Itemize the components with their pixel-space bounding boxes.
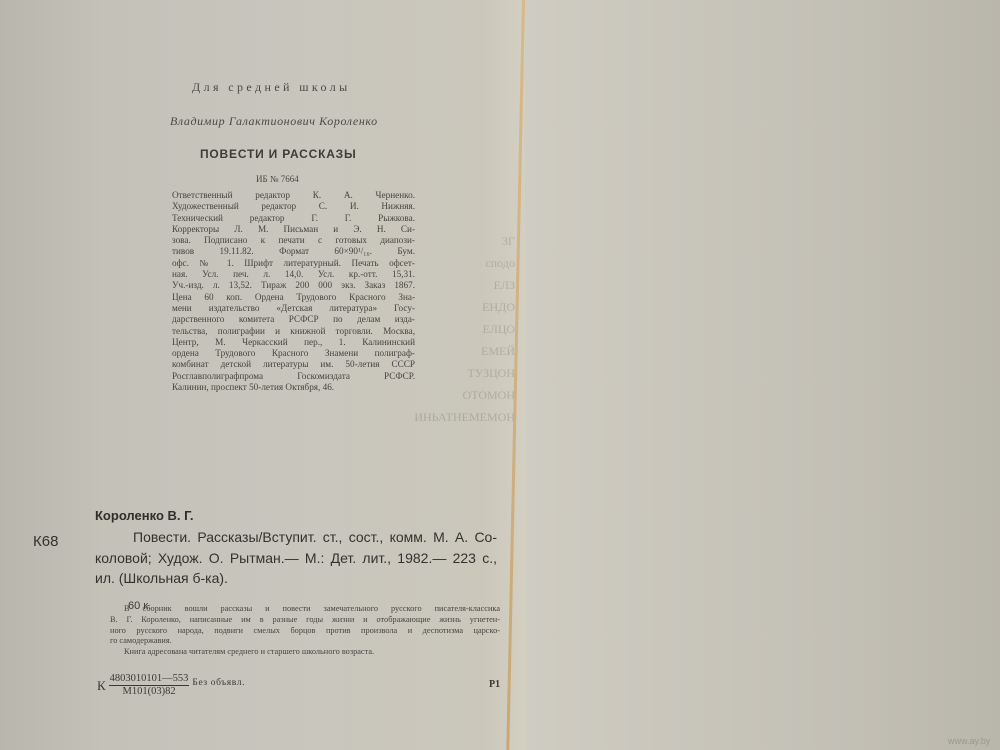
- imprint-line: Технический редактор Г. Г. Рыжкова.: [172, 213, 415, 224]
- left-page: Для средней школы Владимир Галактионович…: [0, 0, 525, 750]
- imprint-line: ордена Трудового Красного Знамени полигр…: [172, 348, 415, 359]
- imprint-line: Росглавполиграфпрома Госкомиздата РСФСР.: [172, 371, 415, 382]
- imprint-line: Цена 60 коп. Ордена Трудового Красного З…: [172, 292, 415, 303]
- catalog-description: Повести. Рассказы/Вступит. ст., сост., к…: [95, 527, 497, 589]
- show-through-line: ОТОМОН: [395, 384, 515, 406]
- imprint-line: зова. Подписано к печати с готовых диапо…: [172, 235, 415, 246]
- annotation-line: ного русского народа, подвиги смелых бор…: [110, 626, 500, 637]
- bbk-code: К 4803010101—553 М101(03)82 Без объявл.: [97, 673, 245, 698]
- imprint-line: тивов 19.11.82. Формат 60×90¹/₁₆. Бум.: [172, 246, 415, 257]
- show-through-line: ЕМЕЙ: [395, 340, 515, 362]
- imprint-line: комбинат детской литературы им. 50-летия…: [172, 359, 415, 370]
- show-through-line: сподо: [395, 252, 515, 274]
- watermark: www.ay.by: [948, 736, 990, 746]
- show-through-line: ЗГ: [395, 230, 515, 252]
- imprint-line: дарственного комитета РСФСР по делам изд…: [172, 314, 415, 325]
- call-number: К68: [33, 533, 58, 550]
- show-through-line: ЕЛЗ: [395, 274, 515, 296]
- print-code: Р1: [489, 679, 500, 690]
- imprint-line: Центр, М. Черкасский пер., 1. Калинински…: [172, 337, 415, 348]
- author-full-name: Владимир Галактионович Короленко: [170, 114, 378, 129]
- annotation-line: В. Г. Короленко, написанные им в разные …: [110, 615, 500, 626]
- imprint-line: тельства, полиграфии и книжной торговли.…: [172, 326, 415, 337]
- show-through-line: ИНЬАТНЕМЕМОН: [395, 406, 515, 428]
- ib-number: ИБ № 7664: [256, 174, 299, 184]
- show-through-line: ЕНДО: [395, 296, 515, 318]
- bbk-numerator: 4803010101—553: [109, 673, 190, 686]
- bbk-fraction: 4803010101—553 М101(03)82: [109, 673, 190, 698]
- show-through-text: ЗГ сподо ЕЛЗ ЕНДО ЕЛЦО ЕМЕЙ ТУЗЦОН ОТОМО…: [395, 230, 515, 428]
- series-label: Для средней школы: [192, 80, 351, 95]
- book-title: ПОВЕСТИ И РАССКАЗЫ: [200, 147, 357, 161]
- catalog-line: ил. (Школьная б-ка).: [95, 568, 497, 589]
- bbk-note: Без объявл.: [192, 678, 245, 688]
- catalog-line: Повести. Рассказы/Вступит. ст., сост., к…: [95, 527, 497, 548]
- annotation: В сборник вошли рассказы и повести замеч…: [110, 604, 500, 658]
- annotation-line: Книга адресована читателям среднего и ст…: [110, 647, 500, 658]
- imprint-line: мени издательство «Детская литература» Г…: [172, 303, 415, 314]
- bbk-prefix: К: [97, 678, 106, 694]
- imprint-line: Ответственный редактор К. А. Черненко.: [172, 190, 415, 201]
- right-page-blank: [525, 0, 1000, 750]
- show-through-line: ЕЛЦО: [395, 318, 515, 340]
- imprint-line: ная. Усл. печ. л. 14,0. Усл. кр.-отт. 15…: [172, 269, 415, 280]
- imprint-line: Художественный редактор С. И. Нижняя.: [172, 201, 415, 212]
- imprint-line: Корректоры Л. М. Письман и Э. Н. Си-: [172, 224, 415, 235]
- imprint-line: Уч.-изд. л. 13,52. Тираж 200 000 экз. За…: [172, 280, 415, 291]
- bbk-denominator: М101(03)82: [123, 686, 176, 698]
- imprint-block: Ответственный редактор К. А. Черненко. Х…: [172, 190, 415, 393]
- catalog-author: Короленко В. Г.: [95, 508, 193, 523]
- annotation-line: В сборник вошли рассказы и повести замеч…: [110, 604, 500, 615]
- annotation-line: го самодержавия.: [110, 636, 500, 647]
- imprint-line: Калинин, проспект 50-летия Октября, 46.: [172, 382, 415, 393]
- catalog-line: коловой; Худож. О. Рытман.— М.: Дет. лит…: [95, 548, 497, 569]
- imprint-line: офс. № 1. Шрифт литературный. Печать офс…: [172, 258, 415, 269]
- show-through-line: ТУЗЦОН: [395, 362, 515, 384]
